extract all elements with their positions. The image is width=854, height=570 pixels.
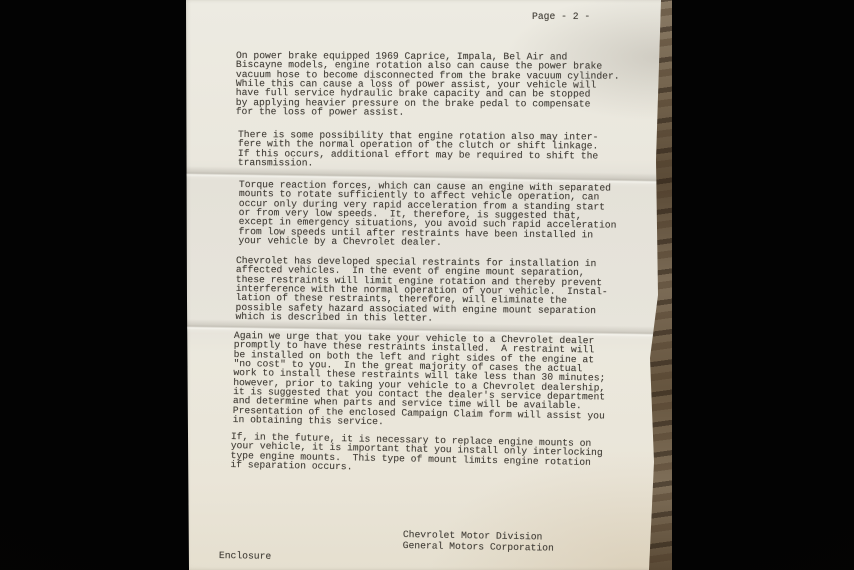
- paragraph-torque-reaction: Torque reaction forces, which can cause …: [238, 180, 616, 249]
- page-number: Page - 2 -: [532, 12, 590, 21]
- paragraph-dealer-installation: Again we urge that you take your vehicle…: [233, 331, 606, 430]
- photo-stage: Page - 2 - On power brake equipped 1969 …: [0, 0, 854, 570]
- enclosure-note: Enclosure: [219, 551, 271, 561]
- paragraph-power-brake: On power brake equipped 1969 Caprice, Im…: [236, 51, 620, 118]
- letter-paper: Page - 2 - On power brake equipped 1969 …: [185, 0, 675, 570]
- signature-block: Chevrolet Motor Division General Motors …: [403, 529, 555, 554]
- paragraph-special-restraints: Chevrolet has developed special restrain…: [235, 256, 608, 325]
- paragraph-clutch-shift: There is some possibility that engine ro…: [238, 130, 599, 170]
- paragraph-future-replacement: If, in the future, it is necessary to re…: [230, 432, 603, 477]
